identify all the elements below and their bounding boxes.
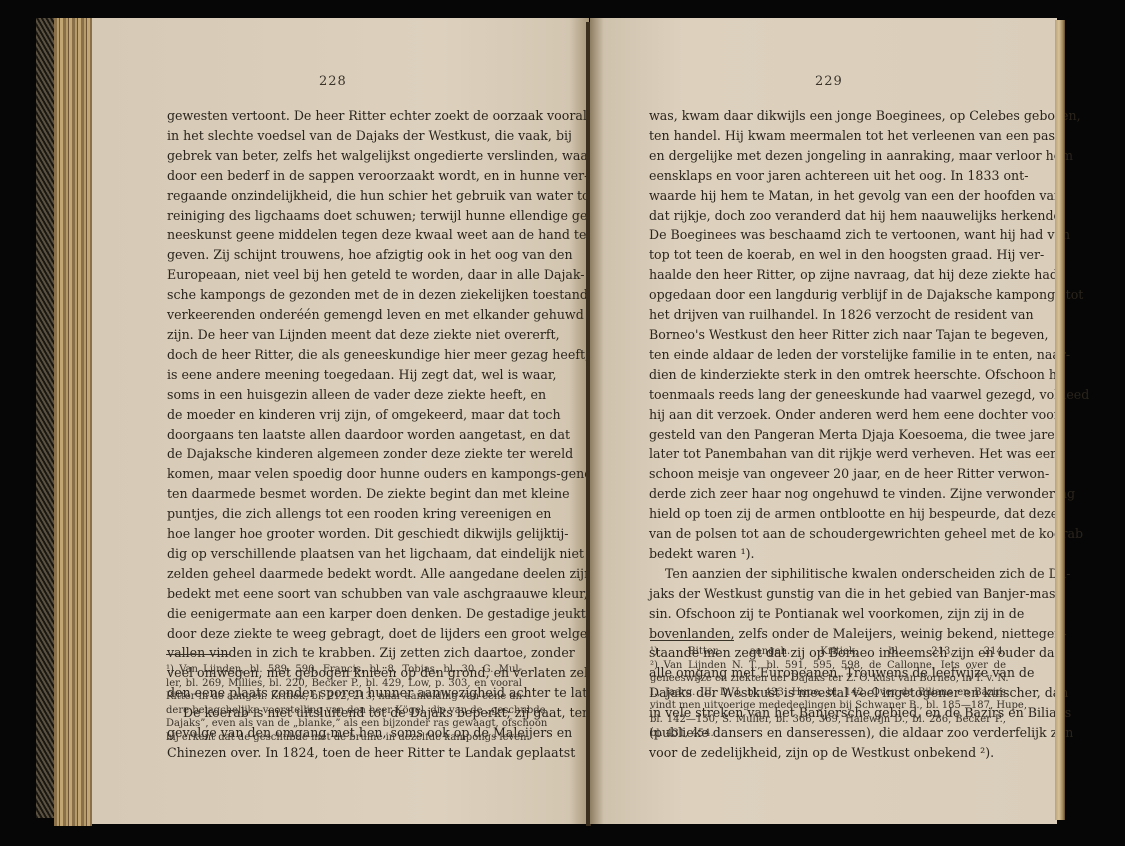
- text-line: haalde den heer Ritter, op zijne navraag…: [649, 265, 1004, 285]
- text-line: hij erkent dat de geschubde met de bruin…: [166, 731, 522, 745]
- text-line: ler, bl. 269, Millies, bl. 220, Becker P…: [166, 677, 522, 691]
- text-line: ten einde aldaar de leden der vorstelijk…: [649, 345, 1004, 365]
- text-line: vindt men uitvoerige mededeelingen bij S…: [650, 699, 1006, 713]
- left-page: 228 gewesten vertoont. De heer Ritter ec…: [92, 18, 589, 824]
- text-line: van de polsen tot aan de schoudergewrich…: [649, 524, 1004, 544]
- text-line: ¹) Ritter, aangeh. Kritiek, bl. 213, 214…: [650, 645, 1006, 659]
- text-line: dat rijkje, doch zoo veranderd dat hij h…: [649, 206, 1004, 226]
- book-cover-left: [36, 18, 56, 818]
- text-line: bedekt waren ¹).: [649, 544, 1004, 564]
- text-line: dig op verschillende plaatsen van het li…: [167, 544, 522, 564]
- right-page: 229 was, kwam daar dikwijls een jonge Bo…: [590, 18, 1057, 824]
- text-line: Chinezen over. In 1824, toen de heer Rit…: [167, 743, 522, 763]
- footnotes: ¹) Ritter, aangeh. Kritiek, bl. 213, 214…: [650, 645, 1006, 740]
- text-line: De Boeginees was beschaamd zich te verto…: [649, 225, 1004, 245]
- text-line: door een bederf in de sappen veroorzaakt…: [167, 166, 522, 186]
- text-line: jaks der Westkust gunstig van die in het…: [649, 584, 1004, 604]
- text-line: eensklaps en voor jaren achtereen uit he…: [649, 166, 1004, 186]
- text-line: verkeerenden onderéén gemengd leven en m…: [167, 305, 522, 325]
- text-line: puntjes, die zich allengs tot een rooden…: [167, 504, 522, 524]
- page-number: 229: [815, 74, 843, 89]
- text-line: schoon meisje van ongeveer 20 jaar, en d…: [649, 464, 1004, 484]
- text-line: bl. 431, 454.: [650, 727, 1006, 741]
- page-edges-left: [54, 18, 92, 826]
- text-line: ten handel. Hij kwam meermalen tot het v…: [649, 126, 1004, 146]
- text-line: reiniging des ligchaams doet schuwen; te…: [167, 206, 522, 226]
- text-line: later tot Panembahan van dit rijkje werd…: [649, 444, 1004, 464]
- text-line: komen, maar velen spoedig door hunne oud…: [167, 464, 522, 484]
- text-line: opgedaan door een langdurig verblijf in …: [649, 285, 1004, 305]
- text-line: doch de heer Ritter, die als geneeskundi…: [167, 345, 522, 365]
- text-line: derde zich zeer haar nog ongehuwd te vin…: [649, 484, 1004, 504]
- text-line: Borneo's Westkust den heer Ritter zich n…: [649, 325, 1004, 345]
- footnotes: ¹) Van Lijnden, bl. 589, 590, Francis, b…: [166, 663, 522, 745]
- text-line: het drijven van ruilhandel. In 1826 verz…: [649, 305, 1004, 325]
- text-line: zelden geheel daarmede bedekt wordt. All…: [167, 564, 522, 584]
- text-line: neeskunst geene middelen tegen deze kwaa…: [167, 225, 522, 245]
- text-line: waarde hij hem te Matan, in het gevolg v…: [649, 186, 1004, 206]
- page-edges-right: [1055, 20, 1065, 820]
- text-line: dien de kinderziekte sterk in den omtrek…: [649, 365, 1004, 385]
- text-line: sche kampongs de gezonden met de in deze…: [167, 285, 522, 305]
- text-line: geven. Zij schijnt trouwens, hoe afzigti…: [167, 245, 522, 265]
- text-line: ²) Van Lijnden N. T., bl. 591, 595, 598,…: [650, 659, 1006, 673]
- text-line: Europeaan, niet veel bij hen geteld te w…: [167, 265, 522, 285]
- text-line: hoe langer hoe grooter worden. Dit gesch…: [167, 524, 522, 544]
- text-line: Ten aanzien der siphilitische kwalen ond…: [649, 564, 1004, 584]
- text-line: bl. 142—150, S. Muller, bl. 366, 369, Ha…: [650, 713, 1006, 727]
- text-line: top tot teen de koerab, en wel in den ho…: [649, 245, 1004, 265]
- text-line: Ritter in de aangeh. Kritiek, bl. 212, 2…: [166, 690, 522, 704]
- text-line: I., Jaarg. III, D. I, bl. 423, Hupe, bl.…: [650, 686, 1006, 700]
- text-line: die eenigermate aan een karper doen denk…: [167, 604, 522, 624]
- text-line: doorgaans ten laatste allen daardoor wor…: [167, 425, 522, 445]
- text-line: toenmaals reeds lang der geneeskunde had…: [649, 385, 1004, 405]
- footnote-rule: [166, 654, 230, 655]
- text-line: sin. Ofschoon zij te Pontianak wel voork…: [649, 604, 1004, 624]
- text-line: hield op toen zij de armen ontblootte en…: [649, 504, 1004, 524]
- page-number: 228: [319, 74, 347, 89]
- text-line: dere belagchelijke voorstelling van den …: [166, 704, 522, 718]
- text-line: is eene andere meening toegedaan. Hij ze…: [167, 365, 522, 385]
- text-line: gesteld van den Pangeran Merta Djaja Koe…: [649, 425, 1004, 445]
- text-line: geneeswijze en ziekten der Dajaks ter Z.…: [650, 672, 1006, 686]
- text-line: door deze ziekte te weeg gebragt, doet d…: [167, 624, 522, 644]
- text-line: de moeder en kinderen vrij zijn, of omge…: [167, 405, 522, 425]
- text-line: hij aan dit verzoek. Onder anderen werd …: [649, 405, 1004, 425]
- text-line: soms in een huisgezin alleen de vader de…: [167, 385, 522, 405]
- text-line: ten daarmede besmet worden. De ziekte be…: [167, 484, 522, 504]
- text-line: regaande onzindelijkheid, die hun schier…: [167, 186, 522, 206]
- text-line: bedekt met eene soort van schubben van v…: [167, 584, 522, 604]
- text-line: was, kwam daar dikwijls een jonge Boegin…: [649, 106, 1004, 126]
- text-line: zijn. De heer van Lijnden meent dat deze…: [167, 325, 522, 345]
- text-line: Dajaks”, even als van de „blanke,” als e…: [166, 717, 522, 731]
- text-line: gewesten vertoont. De heer Ritter echter…: [167, 106, 522, 126]
- text-line: de Dajaksche kinderen algemeen zonder de…: [167, 444, 522, 464]
- text-line: gebrek van beter, zelfs het walgelijkst …: [167, 146, 522, 166]
- text-line: voor de zedelijkheid, zijn op de Westkus…: [649, 743, 1004, 763]
- footnote-rule: [650, 640, 734, 641]
- text-line: ¹) Van Lijnden, bl. 589, 590, Francis, b…: [166, 663, 522, 677]
- text-line: en dergelijke met dezen jongeling in aan…: [649, 146, 1004, 166]
- text-line: in het slechte voedsel van de Dajaks der…: [167, 126, 522, 146]
